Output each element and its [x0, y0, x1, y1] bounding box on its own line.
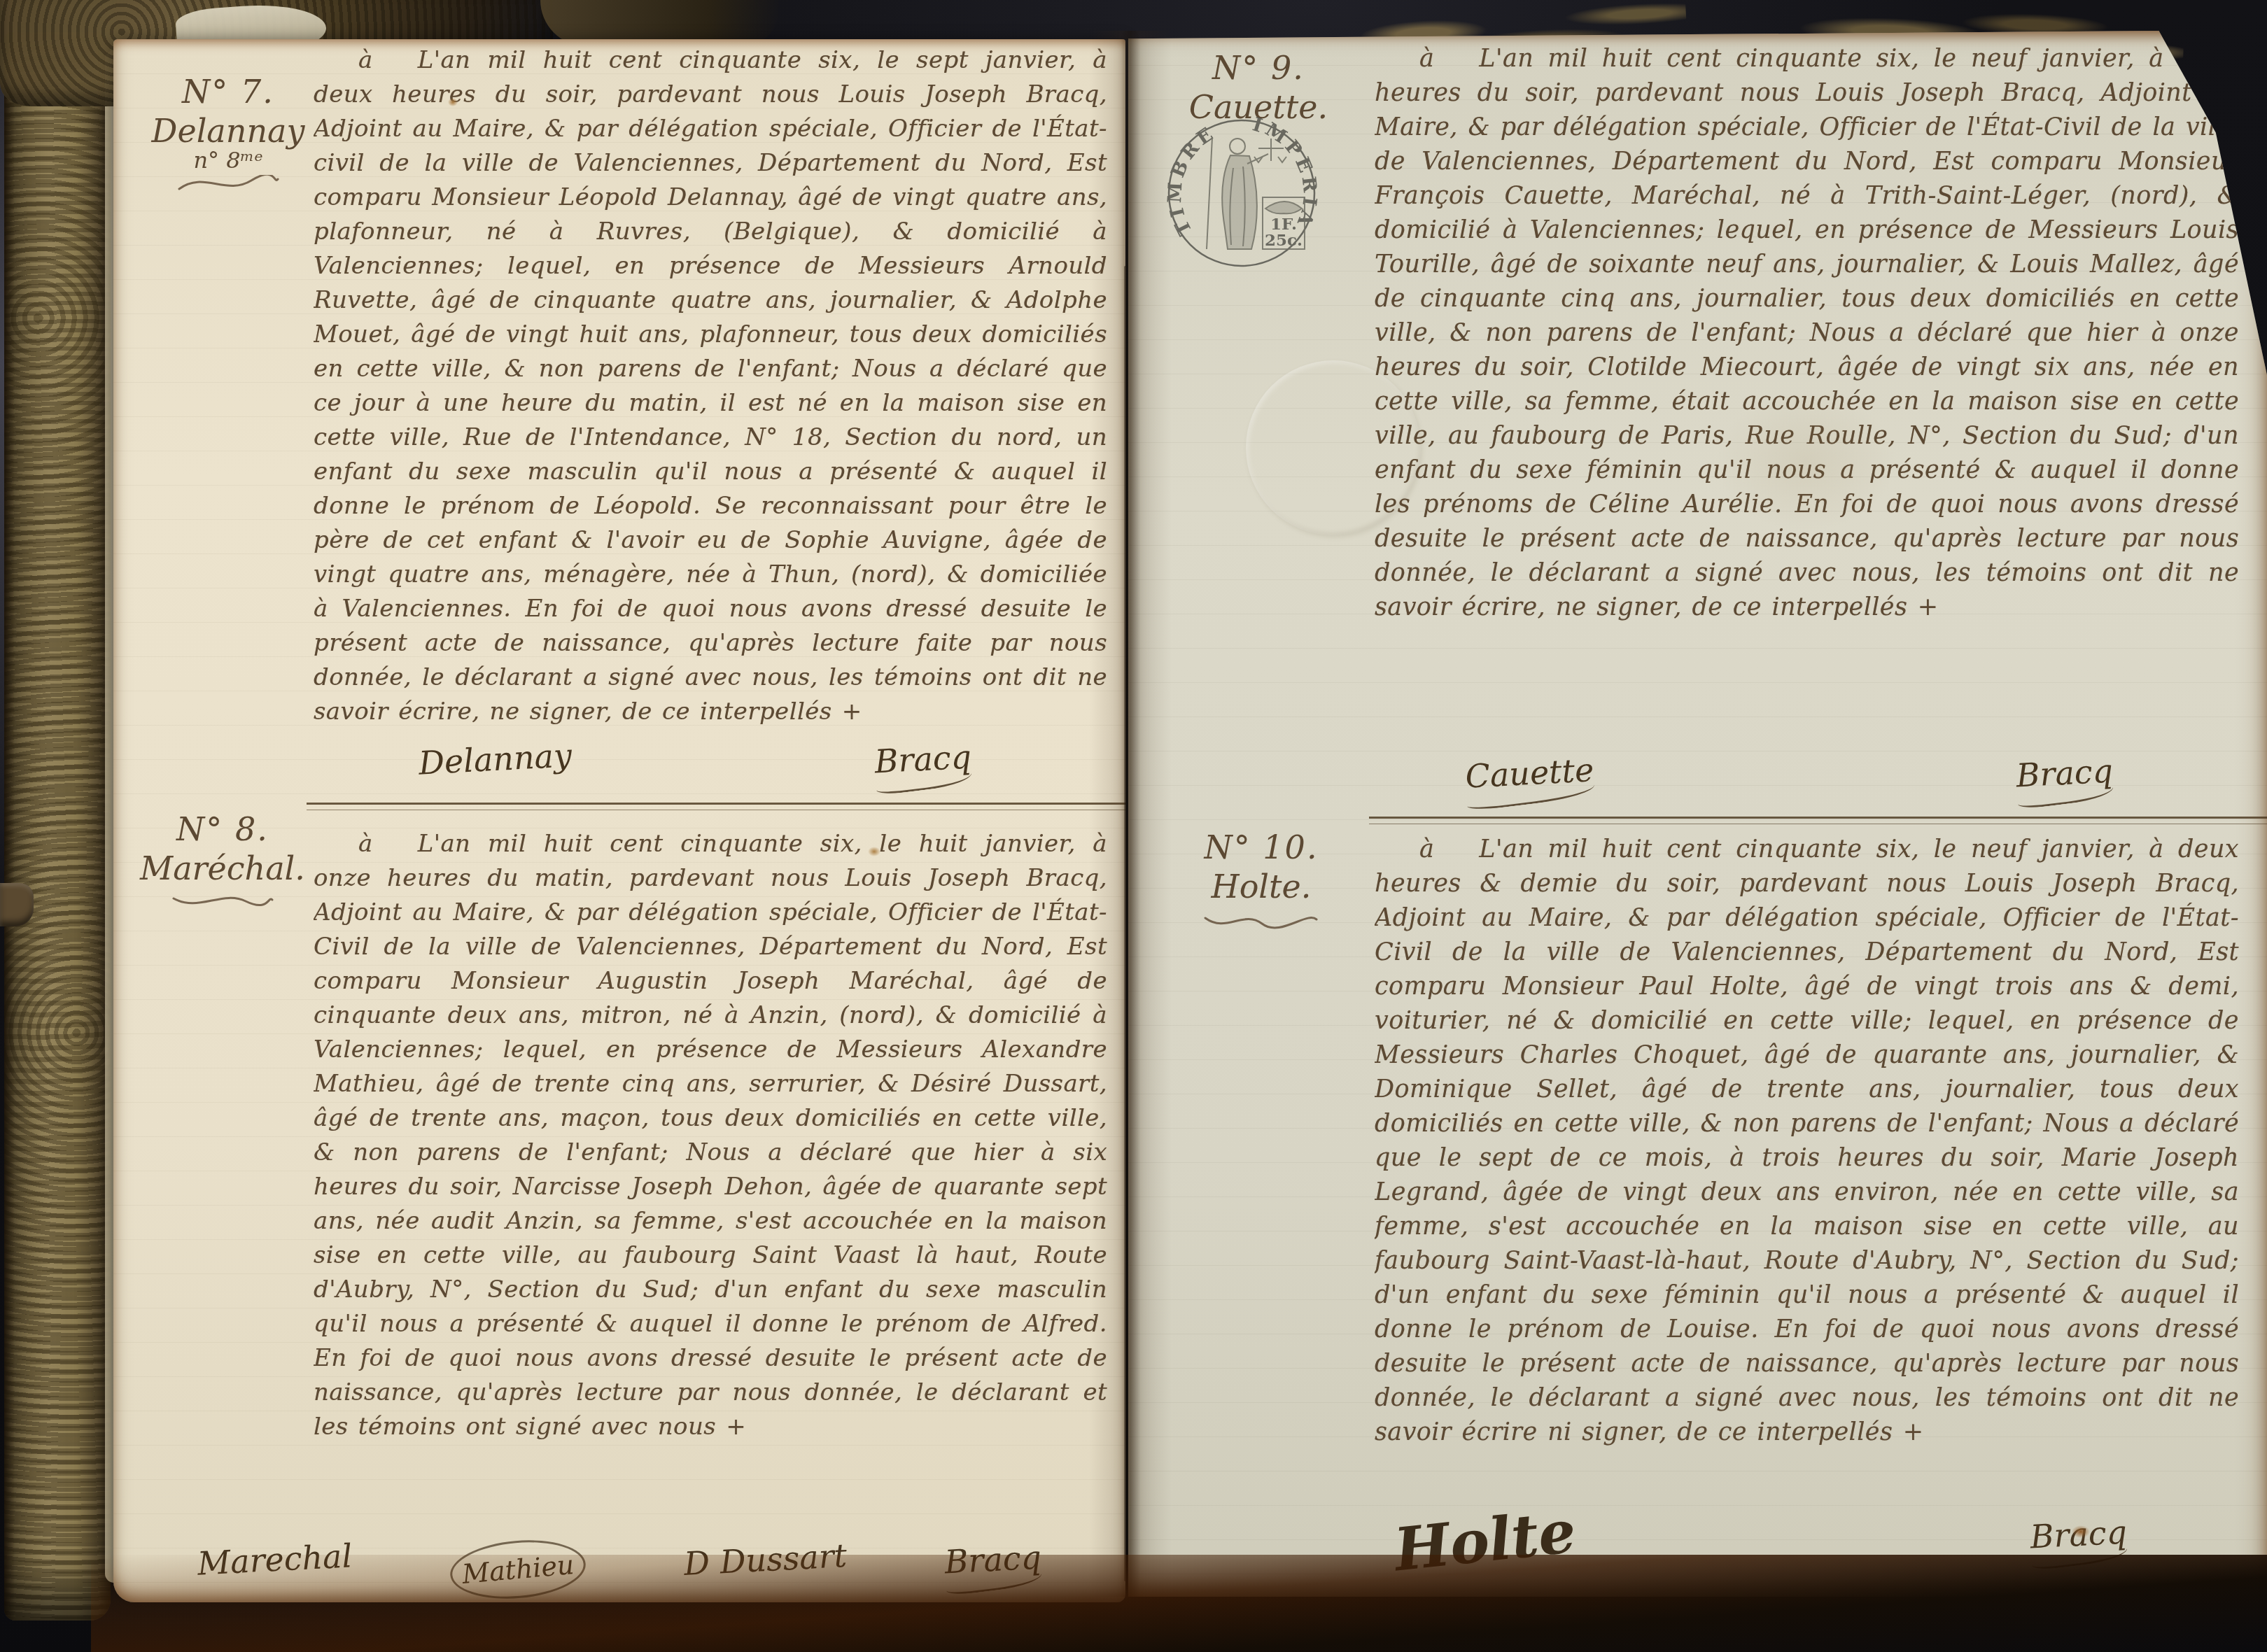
- act-number: N° 7.: [133, 73, 323, 111]
- book-binding-left-edge: [4, 32, 111, 1621]
- margin-note-act-10: N° 10. Holte.: [1156, 828, 1366, 935]
- act-number: N° 10.: [1156, 828, 1366, 866]
- binding-clasp: [0, 883, 34, 926]
- act-body-text: L'an mil huit cent cinquante six, le sep…: [314, 46, 1107, 726]
- act-9-signatures: Cauette Bracq: [1375, 754, 2197, 804]
- registry-book-scan: N° 7. Delannay n° 8ᵐᵉ àL'an mil huit cen…: [0, 0, 2267, 1652]
- margin-flourish: [170, 889, 275, 912]
- signature-cauette: Cauette: [1464, 751, 1595, 807]
- stamp-value-centimes: 25c.: [1265, 231, 1303, 250]
- margin-flourish: [176, 175, 281, 199]
- burnt-bottom-edge: [91, 1555, 2267, 1652]
- act-body-text: L'an mil huit cent cinquante six, le neu…: [1375, 835, 2239, 1446]
- margin-note-act-7: N° 7. Delannay n° 8ᵐᵉ: [133, 73, 323, 199]
- act-name: Maréchal.: [127, 849, 318, 887]
- act-separator: [1369, 817, 2267, 824]
- act-lead-mark: à: [358, 43, 373, 78]
- act-9-text: àL'an mil huit cent cinquante six, le ne…: [1375, 42, 2239, 749]
- act-subnote: n° 8ᵐᵉ: [133, 147, 323, 174]
- right-page: N° 9. Cauette. TIMBRE IMPERIAL.: [1128, 31, 2267, 1597]
- act-lead-mark: à: [1419, 833, 1434, 867]
- act-7-text: àL'an mil huit cent cinquante six, le se…: [314, 43, 1107, 743]
- act-8-text: àL'an mil huit cent cinquante six, le hu…: [314, 827, 1107, 1535]
- left-page: N° 7. Delannay n° 8ᵐᵉ àL'an mil huit cen…: [113, 39, 1125, 1602]
- timbre-imperial-stamp: TIMBRE IMPERIAL. 1F. 25c.: [1160, 112, 1323, 274]
- act-body-text: L'an mil huit cent cinquante six, le hui…: [314, 830, 1107, 1441]
- act-name: Holte.: [1156, 868, 1366, 905]
- act-body-text: L'an mil huit cent cinquante six, le neu…: [1375, 45, 2239, 621]
- signature-bracq: Bracq: [873, 737, 973, 792]
- signature-bracq: Bracq: [2015, 751, 2114, 806]
- act-number: N° 8.: [127, 810, 318, 848]
- act-10-text: àL'an mil huit cent cinquante six, le ne…: [1375, 833, 2239, 1532]
- page-gutter-fold-line: [1124, 266, 1126, 1581]
- margin-note-act-8: N° 8. Maréchal.: [127, 810, 318, 912]
- act-name: Delannay: [133, 112, 323, 150]
- act-7-signatures: Delannay Bracq: [314, 740, 1069, 790]
- act-separator: [307, 803, 1125, 810]
- margin-flourish: [1202, 907, 1321, 935]
- act-lead-mark: à: [1419, 42, 1434, 76]
- signature-delannay: Delannay: [418, 736, 573, 782]
- act-lead-mark: à: [358, 827, 373, 861]
- act-number: N° 9.: [1153, 49, 1363, 87]
